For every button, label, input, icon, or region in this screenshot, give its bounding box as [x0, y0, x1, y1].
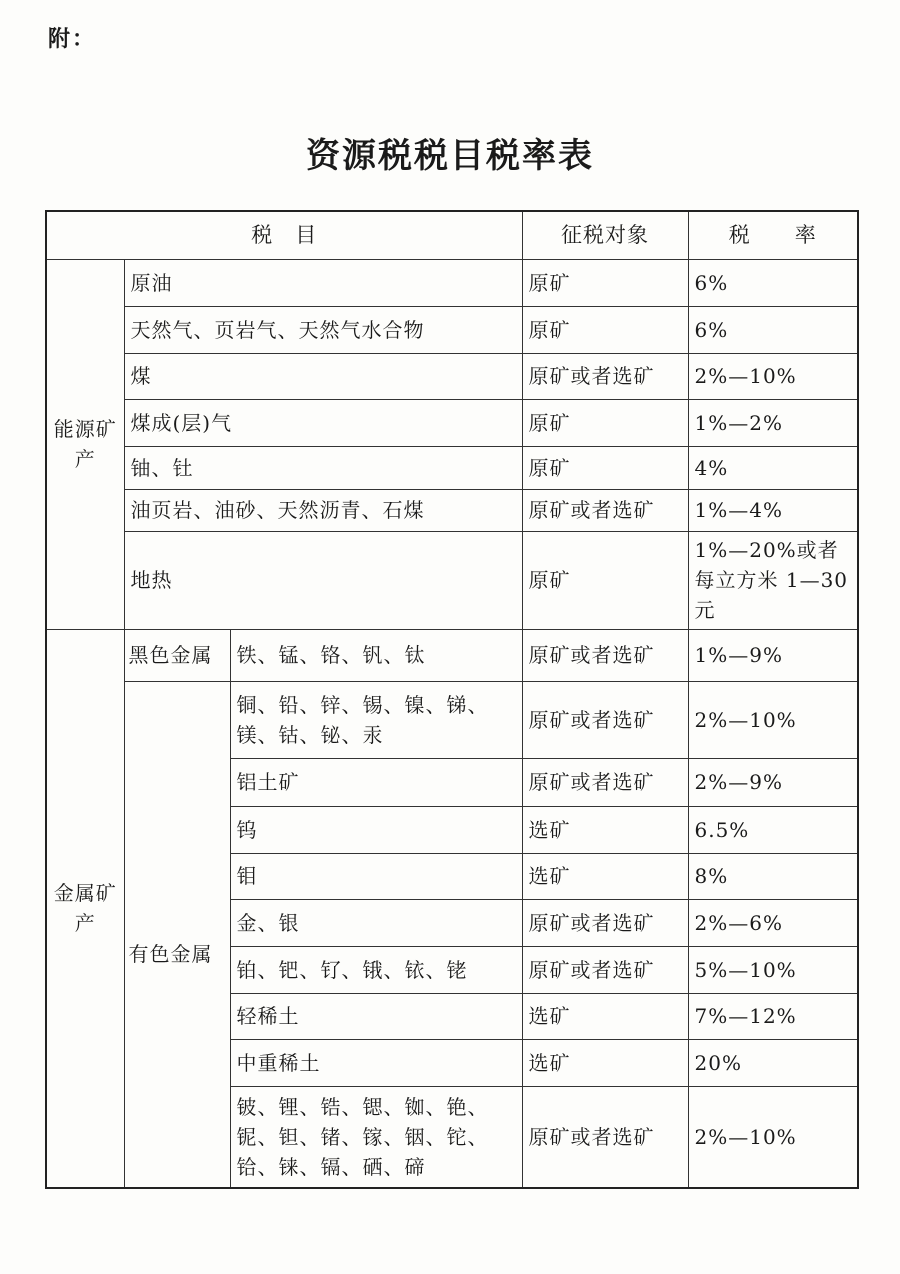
cell-item: 钼 [230, 853, 522, 899]
cell-rate: 6.5% [688, 806, 858, 853]
cell-item: 油页岩、油砂、天然沥青、石煤 [124, 489, 522, 531]
table-row: 能源矿产 原油 原矿 6% [46, 259, 858, 306]
tax-rate-table: 税 目 征税对象 税 率 能源矿产 原油 原矿 6% 天然气、页岩气、天然气水合… [45, 210, 859, 1189]
cell-object: 原矿或者选矿 [522, 946, 688, 993]
cell-item: 铜、铅、锌、锡、镍、锑、镁、钴、铋、汞 [230, 681, 522, 758]
cell-object: 原矿或者选矿 [522, 1086, 688, 1188]
page-title: 资源税税目税率表 [0, 128, 900, 177]
cell-object: 选矿 [522, 993, 688, 1039]
cell-object: 原矿或者选矿 [522, 353, 688, 399]
header-rate: 税 率 [688, 211, 858, 259]
cell-rate: 2%—10% [688, 1086, 858, 1188]
cell-rate: 1%—20%或者每立方米 1—30元 [688, 531, 858, 629]
cell-rate: 2%—10% [688, 353, 858, 399]
cell-item: 铍、锂、锆、锶、铷、铯、铌、钽、锗、镓、铟、铊、铪、铼、镉、硒、碲 [230, 1086, 522, 1188]
cell-item: 中重稀土 [230, 1039, 522, 1086]
cell-rate: 6% [688, 306, 858, 353]
cell-item: 铂、钯、钌、锇、铱、铑 [230, 946, 522, 993]
cell-item: 铀、钍 [124, 446, 522, 489]
cell-rate: 2%—9% [688, 758, 858, 806]
category-energy: 能源矿产 [46, 259, 124, 629]
cell-item: 煤 [124, 353, 522, 399]
cell-object: 选矿 [522, 853, 688, 899]
cell-rate: 1%—2% [688, 399, 858, 446]
table-row: 铀、钍 原矿 4% [46, 446, 858, 489]
header-item: 税 目 [46, 211, 522, 259]
cell-object: 原矿或者选矿 [522, 758, 688, 806]
subcategory-ferrous: 黑色金属 [124, 629, 230, 681]
cell-object: 原矿或者选矿 [522, 681, 688, 758]
cell-item: 铁、锰、铬、钒、钛 [230, 629, 522, 681]
cell-object: 原矿 [522, 399, 688, 446]
cell-item: 煤成(层)气 [124, 399, 522, 446]
cell-item: 地热 [124, 531, 522, 629]
cell-rate: 1%—9% [688, 629, 858, 681]
attachment-label: 附： [48, 22, 96, 53]
cell-rate: 1%—4% [688, 489, 858, 531]
cell-rate: 7%—12% [688, 993, 858, 1039]
cell-object: 原矿或者选矿 [522, 629, 688, 681]
table-header-row: 税 目 征税对象 税 率 [46, 211, 858, 259]
cell-rate: 2%—6% [688, 899, 858, 946]
subcategory-nonferrous: 有色金属 [124, 681, 230, 1188]
cell-item: 原油 [124, 259, 522, 306]
table-row: 煤 原矿或者选矿 2%—10% [46, 353, 858, 399]
cell-object: 选矿 [522, 806, 688, 853]
cell-object: 原矿或者选矿 [522, 489, 688, 531]
cell-rate: 8% [688, 853, 858, 899]
cell-item: 天然气、页岩气、天然气水合物 [124, 306, 522, 353]
cell-object: 原矿 [522, 531, 688, 629]
cell-item: 钨 [230, 806, 522, 853]
cell-rate: 2%—10% [688, 681, 858, 758]
cell-object: 原矿 [522, 306, 688, 353]
cell-rate: 5%—10% [688, 946, 858, 993]
cell-object: 原矿 [522, 446, 688, 489]
cell-object: 选矿 [522, 1039, 688, 1086]
cell-rate: 6% [688, 259, 858, 306]
table-row: 油页岩、油砂、天然沥青、石煤 原矿或者选矿 1%—4% [46, 489, 858, 531]
cell-item: 轻稀土 [230, 993, 522, 1039]
category-metal: 金属矿产 [46, 629, 124, 1188]
cell-item: 铝土矿 [230, 758, 522, 806]
table-row: 金属矿产 黑色金属 铁、锰、铬、钒、钛 原矿或者选矿 1%—9% [46, 629, 858, 681]
cell-object: 原矿 [522, 259, 688, 306]
table-row: 煤成(层)气 原矿 1%—2% [46, 399, 858, 446]
table-row: 有色金属 铜、铅、锌、锡、镍、锑、镁、钴、铋、汞 原矿或者选矿 2%—10% [46, 681, 858, 758]
cell-item: 金、银 [230, 899, 522, 946]
cell-object: 原矿或者选矿 [522, 899, 688, 946]
cell-rate: 20% [688, 1039, 858, 1086]
header-object: 征税对象 [522, 211, 688, 259]
table-row: 天然气、页岩气、天然气水合物 原矿 6% [46, 306, 858, 353]
cell-rate: 4% [688, 446, 858, 489]
table-row: 地热 原矿 1%—20%或者每立方米 1—30元 [46, 531, 858, 629]
